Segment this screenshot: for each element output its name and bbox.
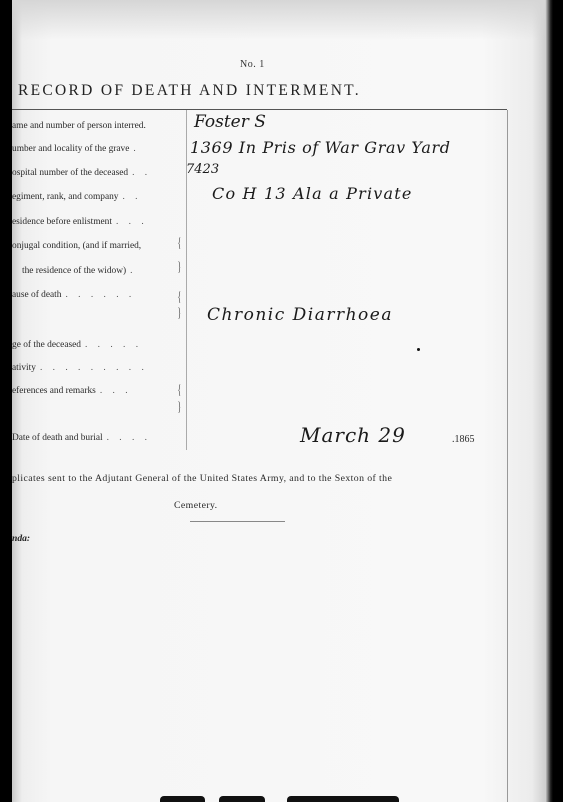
scan-artifact [219, 796, 265, 802]
label-hospital-number: ospital number of the deceased. . [12, 168, 151, 178]
record-page: No. 1 RECORD OF DEATH AND INTERMENT. ame… [12, 0, 553, 802]
value-name-person-interred: Foster S [194, 112, 266, 132]
signature-rule [190, 521, 285, 522]
label-grave-locality: umber and locality of the grave. [12, 144, 140, 154]
label-nativity: ativity. . . . . . . . . [12, 363, 148, 373]
label-cause-of-death: ause of death. . . . . . [12, 290, 135, 300]
label-column-divider [186, 110, 187, 450]
brace-icon: } [178, 306, 181, 322]
form-number: No. 1 [240, 59, 265, 70]
value-cause-of-death: Chronic Diarrhoea [207, 305, 393, 325]
scan-left-border [0, 0, 12, 802]
scan-artifact [287, 796, 399, 802]
value-date-of-death: March 29 [300, 423, 406, 447]
cemetery-line: Cemetery. [174, 500, 218, 511]
label-residence: esidence before enlistment. . . [12, 217, 148, 227]
ink-speck [417, 348, 420, 351]
document-title: RECORD OF DEATH AND INTERMENT. [18, 82, 538, 100]
brace-icon: } [178, 400, 181, 416]
label-regiment: egiment, rank, and company. . [12, 192, 142, 202]
memoranda-label: nda: [12, 533, 30, 544]
duplicates-statement: plicates sent to the Adjutant General of… [12, 473, 507, 484]
label-name-person-interred: ame and number of person interred. [12, 121, 146, 131]
value-year: .1865 [452, 434, 475, 445]
label-date-of-death: Date of death and burial. . . . [12, 433, 151, 443]
header-rule [12, 109, 507, 110]
value-regiment: Co H 13 Ala a Private [212, 184, 413, 203]
right-margin-rule [507, 110, 508, 802]
value-hospital-number: 7423 [186, 162, 219, 177]
brace-icon: { [178, 290, 181, 306]
brace-icon: } [178, 260, 181, 276]
brace-icon: { [178, 236, 181, 252]
label-age: ge of the deceased. . . . . [12, 340, 142, 350]
label-references-remarks: eferences and remarks. . . [12, 386, 132, 396]
label-widow-residence: the residence of the widow). [22, 266, 136, 276]
scan-right-border [545, 0, 553, 802]
value-grave-locality: 1369 In Pris of War Grav Yard [190, 138, 451, 157]
brace-icon: { [178, 383, 181, 399]
scan-artifact [160, 796, 205, 802]
label-conjugal-condition: onjugal condition, (and if married, [12, 241, 141, 251]
